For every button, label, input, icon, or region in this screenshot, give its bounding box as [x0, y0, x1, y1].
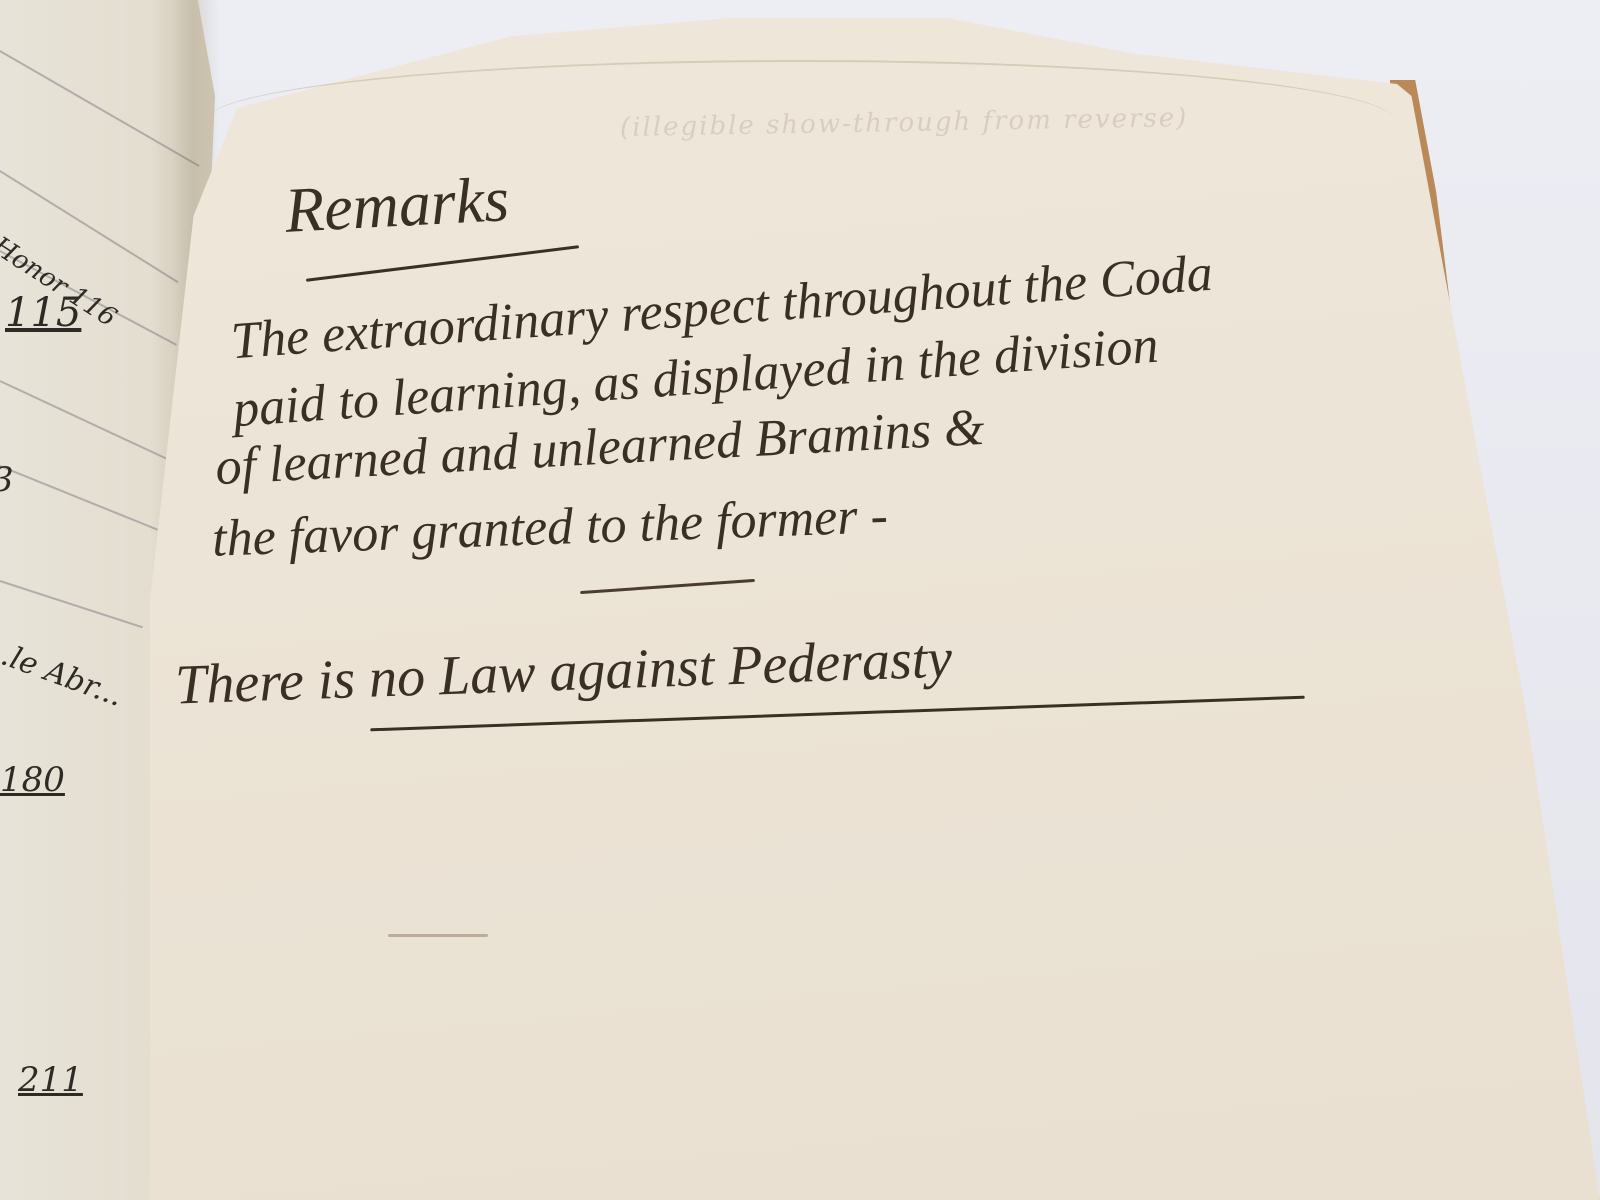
- left-page-entry: 115: [5, 290, 81, 336]
- left-page-entry: 180: [0, 760, 65, 800]
- left-page-entry: 211: [18, 1060, 83, 1100]
- faint-mark: [388, 934, 488, 937]
- left-page-entry: 3: [0, 460, 14, 500]
- page-heading: Remarks: [283, 162, 511, 248]
